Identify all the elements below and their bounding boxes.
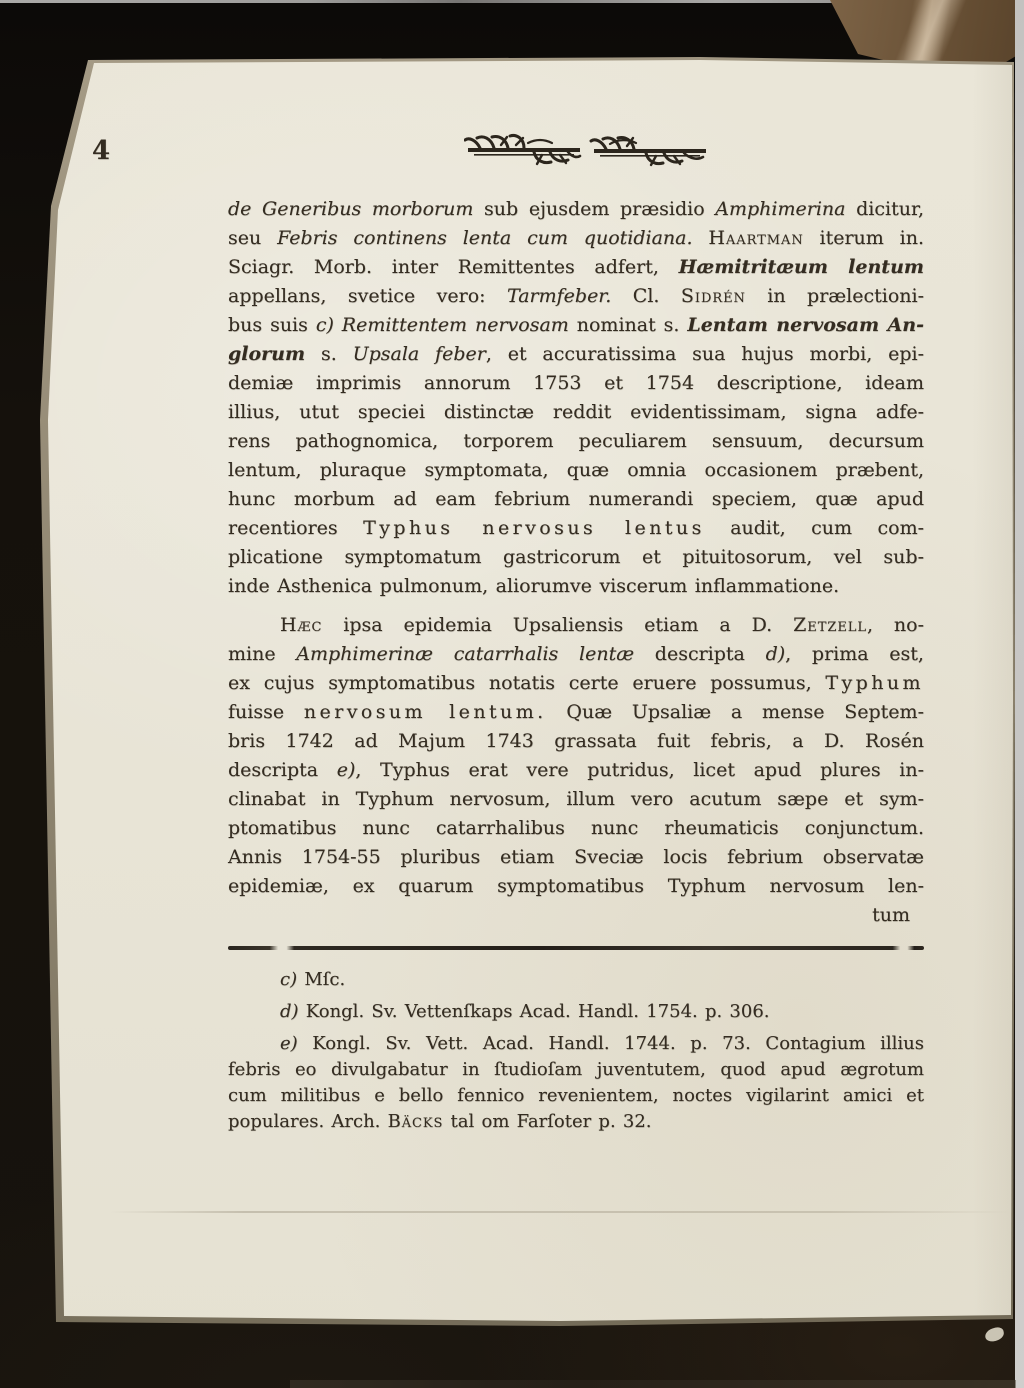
- scanner-bottom-glint: [290, 1380, 1016, 1388]
- paper-crease: [110, 1211, 1010, 1213]
- text-line: epidemiæ, ex quarum symptomatibus Typhum…: [228, 872, 924, 901]
- footnotes: c) Mſc.d) Kongl. Sv. Vettenſkaps Acad. H…: [228, 967, 924, 1135]
- paragraph-1: de Generibus morborum sub ejusdem præsid…: [228, 195, 924, 601]
- text-line: cum militibus e bello fennico reveniente…: [228, 1083, 924, 1109]
- scanned-book-page: 4: [0, 0, 1024, 1388]
- text-line: d) Kongl. Sv. Vettenſkaps Acad. Handl. 1…: [228, 999, 924, 1025]
- text-line: descripta e), Typhus erat vere putridus,…: [228, 756, 924, 785]
- text-line: c) Mſc.: [228, 967, 924, 993]
- text-line: hunc morbum ad eam febrium numerandi spe…: [228, 485, 924, 514]
- text-line: e) Kongl. Sv. Vett. Acad. Handl. 1744. p…: [228, 1031, 924, 1057]
- text-line: glorum s. Upsala feber, et accuratissima…: [228, 340, 924, 369]
- scanner-edge-strip: [1015, 0, 1024, 1388]
- footnote: c) Mſc.: [228, 967, 924, 993]
- text-line: recentiores Typhus nervosus lentus audit…: [228, 514, 924, 543]
- catchword: tum: [228, 901, 924, 930]
- text-line: de Generibus morborum sub ejusdem præsid…: [228, 195, 924, 224]
- footnote: d) Kongl. Sv. Vettenſkaps Acad. Handl. 1…: [228, 999, 924, 1025]
- text-line: inde Asthenica pulmonum, aliorumve visce…: [228, 572, 924, 601]
- text-line: seu Febris continens lenta cum quotidian…: [228, 224, 924, 253]
- printers-floral-rule-icon: [464, 131, 714, 171]
- paragraph-2: Hæc ipsa epidemia Upsaliensis etiam a D.…: [228, 611, 924, 901]
- text-line: plicatione symptomatum gastricorum et pi…: [228, 543, 924, 572]
- text-line: Hæc ipsa epidemia Upsaliensis etiam a D.…: [228, 611, 924, 640]
- text-line: populares. Arch. Bäcks tal om Farſoter p…: [228, 1109, 924, 1135]
- text-line: febris eo divulgabatur in ſtudioſam juve…: [228, 1057, 924, 1083]
- text-line: ptomatibus nunc catarrhalibus nunc rheum…: [228, 814, 924, 843]
- text-block: de Generibus morborum sub ejusdem præsid…: [228, 195, 924, 1141]
- text-line: lentum, pluraque symptomata, quæ omnia o…: [228, 456, 924, 485]
- text-line: Annis 1754-55 pluribus etiam Sveciæ loci…: [228, 843, 924, 872]
- text-line: bris 1742 ad Majum 1743 grassata fuit fe…: [228, 727, 924, 756]
- text-line: fuisse nervosum lentum. Quæ Upsaliæ a me…: [228, 698, 924, 727]
- text-line: ex cujus symptomatibus notatis certe eru…: [228, 669, 924, 698]
- text-line: mine Amphimerinæ catarrhalis lentæ descr…: [228, 640, 924, 669]
- text-line: clinabat in Typhum nervosum, illum vero …: [228, 785, 924, 814]
- footnote: e) Kongl. Sv. Vett. Acad. Handl. 1744. p…: [228, 1031, 924, 1135]
- text-line: bus suis c) Remittentem nervosam nominat…: [228, 311, 924, 340]
- text-line: Sciagr. Morb. inter Remittentes adfert, …: [228, 253, 924, 282]
- text-line: illius, utut speciei distinctæ reddit ev…: [228, 398, 924, 427]
- text-line: demiæ imprimis annorum 1753 et 1754 desc…: [228, 369, 924, 398]
- text-line: rens pathognomica, torporem peculiarem s…: [228, 427, 924, 456]
- footnote-rule: [228, 946, 924, 950]
- text-line: appellans, svetice vero: Tarmfeber. Cl. …: [228, 282, 924, 311]
- page-number: 4: [92, 136, 110, 166]
